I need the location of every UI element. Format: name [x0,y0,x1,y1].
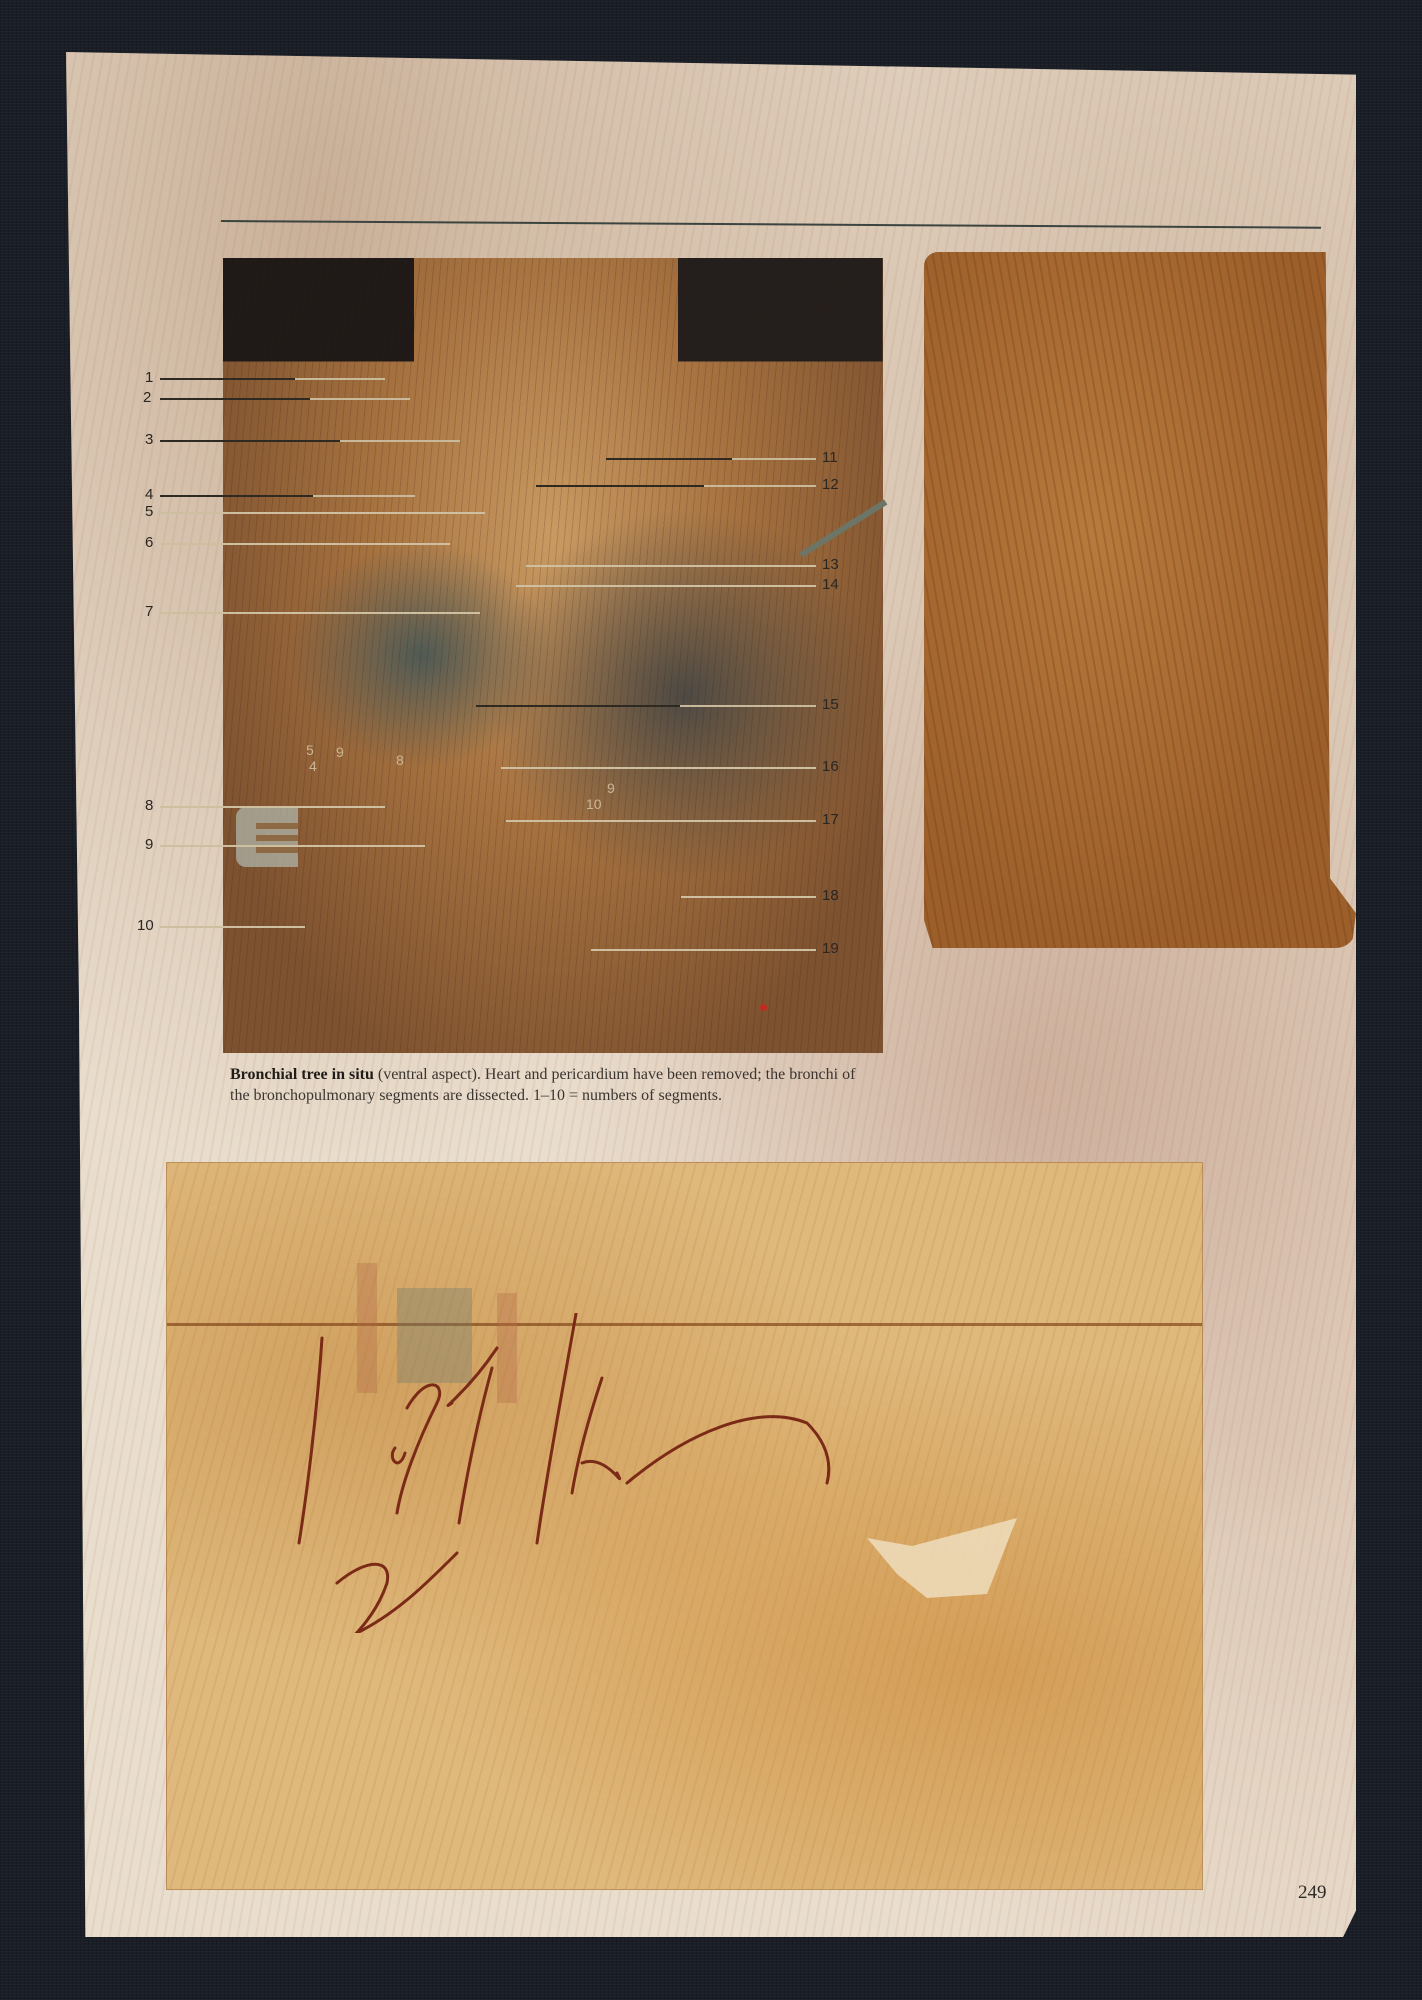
label-7: 7 [145,604,153,619]
caption-title: Bronchial tree in situ [230,1066,374,1083]
collage-page: 1 2 3 4 5 6 7 8 9 10 11 12 13 14 15 16 1… [66,52,1356,1937]
label-8: 8 [145,798,153,813]
segment-num: 4 [309,758,317,774]
brown-painted-panel [924,252,1356,948]
label-19: 19 [822,941,839,956]
stained-paper-panel [166,1162,1203,1890]
top-rule-line [221,220,1321,229]
segment-num: 9 [607,780,615,796]
segment-num: 8 [396,752,404,768]
forceps-icon [236,807,298,867]
label-3: 3 [145,432,153,447]
segment-num: 10 [586,796,602,812]
label-17: 17 [822,812,839,827]
label-6: 6 [145,535,153,550]
label-12: 12 [822,477,839,492]
page-number: 249 [1298,1882,1327,1904]
figure-caption: Bronchial tree in situ (ventral aspect).… [230,1064,870,1106]
label-4: 4 [145,487,153,502]
label-11: 11 [822,450,838,465]
label-9: 9 [145,837,153,852]
label-14: 14 [822,577,839,592]
segment-num: 5 [306,742,314,758]
label-18: 18 [822,888,839,903]
red-marker-dot [760,1004,767,1011]
label-16: 16 [822,759,839,774]
label-10: 10 [137,918,154,933]
label-1: 1 [145,370,153,385]
handwriting-scribble [287,1313,987,1633]
label-2: 2 [143,390,151,405]
label-15: 15 [822,697,839,712]
segment-num: 9 [336,744,344,760]
label-13: 13 [822,557,839,572]
label-5: 5 [145,504,153,519]
